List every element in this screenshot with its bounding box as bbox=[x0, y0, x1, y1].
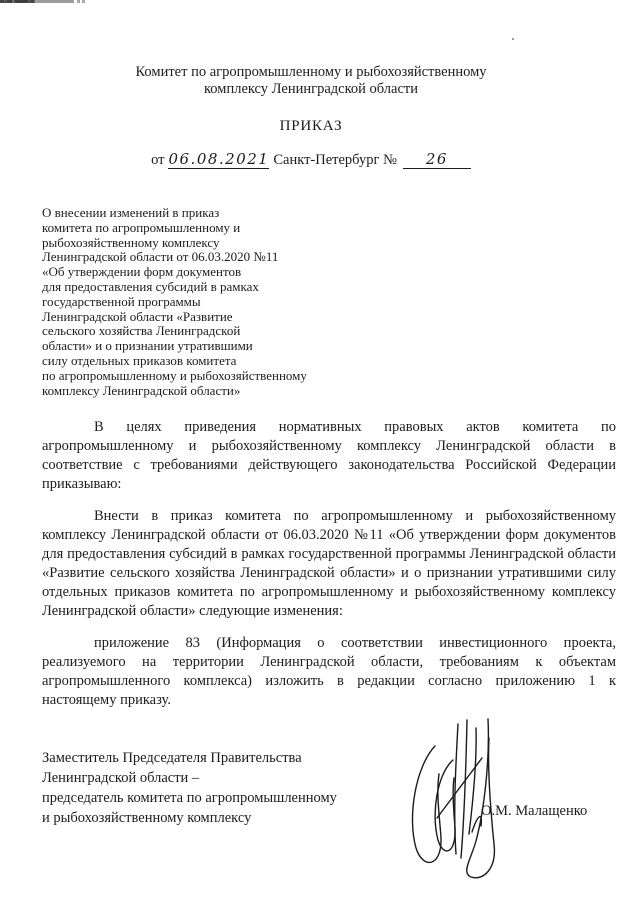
handwritten-date: 06.08.2021 bbox=[168, 151, 269, 169]
date-place-number-line: от06.08.2021Санкт-Петербург №26 bbox=[0, 151, 622, 169]
signer-name: О.М. Малащенко bbox=[481, 803, 587, 820]
order-body: В целях приведения нормативных правовых … bbox=[42, 418, 616, 723]
scan-edge-artifact bbox=[0, 0, 85, 3]
scanned-order-document: Комитет по агропромышленному и рыбохозяй… bbox=[0, 0, 640, 905]
issuing-organization: Комитет по агропромышленному и рыбохозяй… bbox=[0, 64, 622, 98]
handwritten-signature bbox=[403, 716, 515, 888]
order-subject: О внесении изменений в приказ комитета п… bbox=[42, 206, 387, 398]
amendment-paragraph: Внести в приказ комитета по агропромышле… bbox=[42, 507, 616, 621]
place-label: Санкт-Петербург bbox=[273, 152, 379, 168]
annex-paragraph: приложение 83 (Информация о соответствии… bbox=[42, 634, 616, 710]
document-type-title: ПРИКАЗ bbox=[0, 118, 622, 135]
signer-position: Заместитель Председателя Правительства Л… bbox=[42, 748, 402, 828]
handwritten-order-number: 26 bbox=[403, 151, 471, 169]
scan-speck bbox=[512, 38, 514, 40]
preamble-paragraph: В целях приведения нормативных правовых … bbox=[42, 418, 616, 494]
number-sign: № bbox=[383, 152, 397, 168]
date-prefix-label: от bbox=[151, 152, 164, 168]
